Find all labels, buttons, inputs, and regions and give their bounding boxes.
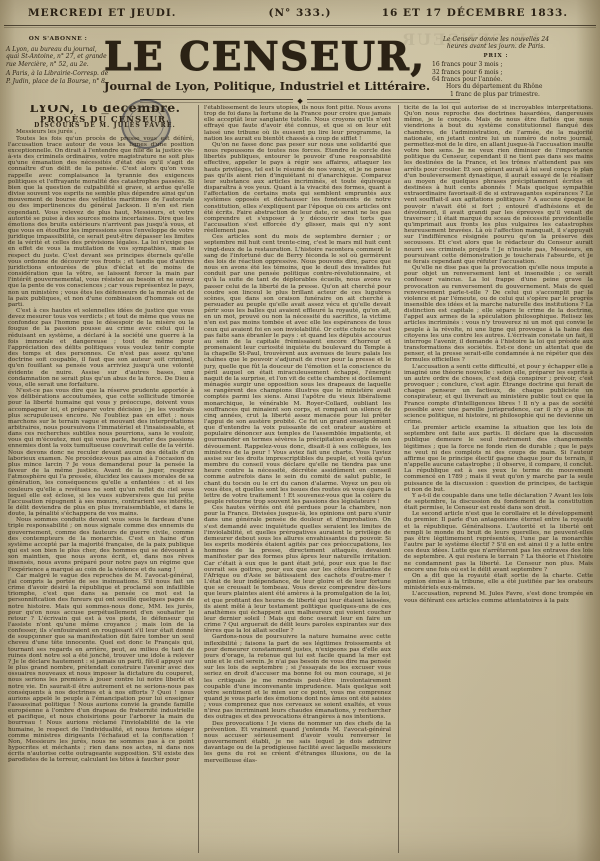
paragraph: Ces articles sont du mois de septembre d… bbox=[204, 234, 391, 505]
paragraph: L'accusation, reprend M. Jules Favre, s'… bbox=[404, 591, 593, 603]
masthead-title: LE CENSEUR, bbox=[104, 34, 404, 80]
subscription-heading: ON S'ABONNE : bbox=[6, 36, 110, 44]
paragraph: Car malgré le vague des reproches de M. … bbox=[8, 573, 194, 764]
paragraph: Gardons-nous de poursuivre la nature hum… bbox=[204, 634, 391, 720]
notice-line: Le Censeur donne les nouvelles 24 bbox=[398, 36, 594, 43]
column-right: ticité de la loi qui autorise de si incr… bbox=[404, 105, 593, 855]
ornament-line-left bbox=[140, 99, 293, 103]
price-line: 64 francs pour l'année. bbox=[398, 76, 594, 83]
subscription-box: ON S'ABONNE : A Lyon, au bureau du journ… bbox=[6, 36, 110, 88]
column-rule-1 bbox=[198, 105, 199, 853]
paragraph: C'est à ces hautes et solennelles idées … bbox=[8, 308, 194, 388]
top-bar: MERCREDI ET JEUDI. (N° 333.) 16 ET 17 DÉ… bbox=[0, 7, 600, 23]
paragraph: L'accusation a senti cette difficulté, e… bbox=[404, 364, 593, 426]
paragraph: Qu'elle ne dise pas que la provocation q… bbox=[404, 265, 593, 364]
newspaper-page: MERCREDI ET JEUDI. (N° 333.) 16 ET 17 DÉ… bbox=[0, 0, 600, 861]
ornament-line-right bbox=[307, 99, 460, 103]
subscription-line: A Paris, à la Librairie-Corresp. de P. J… bbox=[6, 70, 110, 85]
news-notice: Le Censeur donne les nouvelles 24heures … bbox=[398, 36, 594, 51]
paragraph: Qu'on ne fasse donc pas peser sur nous u… bbox=[204, 142, 391, 234]
masthead-subtitle: Journal de Lyon, Politique, Industriel e… bbox=[104, 79, 404, 93]
paragraph: N'est-ce pas vous dire que la réserve pr… bbox=[8, 388, 194, 517]
subscription-lines: A Lyon, au bureau du journal, quai St-An… bbox=[6, 46, 110, 86]
paragraph: Des provocations ! Je viens de nommer un… bbox=[204, 721, 391, 764]
paragraph: On a dit que la royauté était sortie de … bbox=[404, 573, 593, 591]
diamond-icon: ◆ bbox=[297, 98, 302, 105]
column-left: LYON, 16 décembre. — PROCÈS DU CENSEUR. … bbox=[8, 105, 194, 855]
paragraph: Nous sommes conduits devant vous sous le… bbox=[8, 517, 194, 572]
paragraph: l'établissement de leurs utopies, ils no… bbox=[204, 105, 391, 142]
paragraph: Le second article n'est que le corollair… bbox=[404, 511, 593, 573]
paragraph: Toutes les fois qu'un procès de presse v… bbox=[8, 136, 194, 308]
subscription-line: A Lyon, au bureau du journal, quai St-An… bbox=[6, 46, 110, 69]
header-rule bbox=[4, 25, 596, 26]
paragraph: Y a-t-il de coupable dans une telle décl… bbox=[404, 493, 593, 511]
paragraph: ticité de la loi qui autorise de si incr… bbox=[404, 105, 593, 265]
price-line: 16 francs pour 3 mois ; bbox=[398, 61, 594, 68]
notice-line: heures avant les journ. de Paris. bbox=[398, 43, 594, 50]
divider-ornament: ◆ bbox=[140, 97, 460, 105]
price-heading: PRIX : bbox=[398, 53, 594, 60]
paragraph: Ces hautes vérités ont été perdues pour … bbox=[204, 505, 391, 634]
paragraph: Le premier article examine la situation … bbox=[404, 425, 593, 493]
column-middle: l'établissement de leurs utopies, ils no… bbox=[204, 105, 391, 855]
header-rule-shadow bbox=[4, 27, 596, 28]
price-box: Le Censeur donne les nouvelles 24heures … bbox=[398, 36, 594, 98]
issue-date: 16 ET 17 DÉCEMBRE 1833. bbox=[382, 7, 568, 19]
price-line: Hors du département du Rhône bbox=[398, 83, 594, 90]
price-line: 32 francs pour 6 mois ; bbox=[398, 69, 594, 76]
price-lines: 16 francs pour 3 mois ;32 francs pour 6 … bbox=[398, 61, 594, 98]
column-rule-2 bbox=[398, 105, 399, 853]
